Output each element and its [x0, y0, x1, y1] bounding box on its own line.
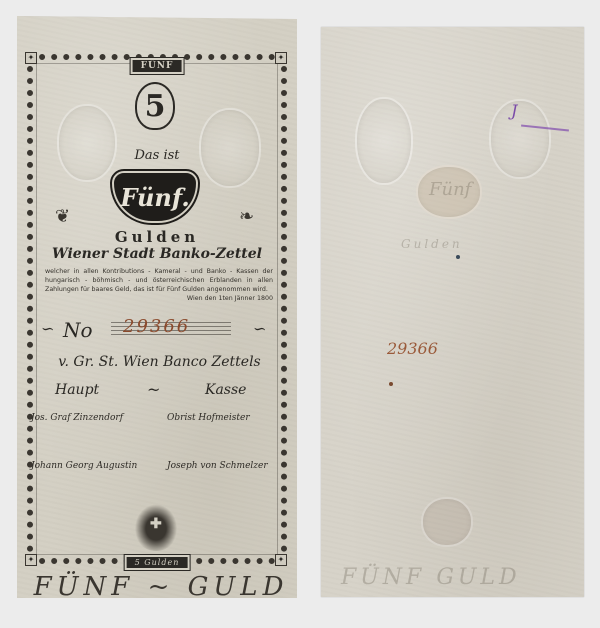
- banknote-front: ✦ ✦ ✦ ✦ FÜNF 5 Das ist Fünf. ❦ ❧ Gulden …: [17, 16, 297, 598]
- serial-number: 29366: [123, 316, 190, 337]
- swirl-icon: ∽: [253, 319, 266, 338]
- bottom-denomination-label: 5 Gulden: [125, 555, 190, 570]
- note-title: Wiener Stadt Banko-Zettel: [17, 246, 297, 262]
- note-body-text: welcher in allen Kontributions - Kameral…: [45, 267, 273, 303]
- currency-name: Gulden: [17, 228, 297, 246]
- signature-4: Joseph von Schmelzer: [167, 460, 277, 473]
- haupt-text: Haupt: [55, 382, 99, 398]
- date-line: Wien den 1ten Jänner 1800: [187, 294, 273, 303]
- left-embossed-seal: [57, 104, 117, 182]
- left-embossed-seal: [355, 97, 413, 185]
- office-line: v. Gr. St. Wien Banco Zettels: [47, 354, 272, 370]
- corner-ornament: ✦: [25, 52, 37, 64]
- body-text: welcher in allen Kontributions - Kameral…: [45, 268, 273, 293]
- kasse-text: Kasse: [205, 382, 246, 398]
- tilde-ornament: ~: [147, 380, 160, 399]
- left-flourish-icon: ❦: [55, 206, 70, 227]
- corner-ornament: ✦: [25, 554, 37, 566]
- purple-ink-mark: J: [511, 101, 517, 120]
- stain-spot: [389, 382, 393, 386]
- serial-row: ∽ No 29366 ∽: [41, 316, 273, 344]
- signature-3: Johann Georg Augustin: [31, 460, 141, 473]
- ghost-gulden: Gulden: [401, 237, 463, 251]
- das-ist-text: Das ist: [17, 148, 297, 163]
- ghost-shield-text: Fünf: [429, 179, 471, 200]
- corner-ornament: ✦: [275, 52, 287, 64]
- ghost-bottom-script: FÜNF GULD: [341, 565, 521, 590]
- serial-prefix: No: [63, 318, 93, 342]
- brown-ink-serial: 29366: [387, 339, 438, 358]
- ink-spot: [456, 255, 460, 259]
- swirl-icon: ∽: [41, 319, 54, 338]
- bottom-script-text: FÜNF ~ GULD: [31, 572, 291, 602]
- signature-1: Jos. Graf Zinzendorf: [31, 412, 141, 425]
- corner-ornament: ✦: [275, 554, 287, 566]
- right-flourish-icon: ❧: [239, 206, 254, 227]
- banknote-back: Fünf J Gulden 29366 FÜNF GULD: [321, 27, 584, 597]
- ghost-eagle: [421, 497, 473, 547]
- denomination-numeral: 5: [135, 82, 175, 130]
- cross-icon: ✚: [150, 516, 162, 532]
- right-embossed-seal: [489, 99, 551, 179]
- signature-2: Obrist Hofmeister: [167, 412, 277, 425]
- top-denomination-label: FÜNF: [131, 58, 184, 74]
